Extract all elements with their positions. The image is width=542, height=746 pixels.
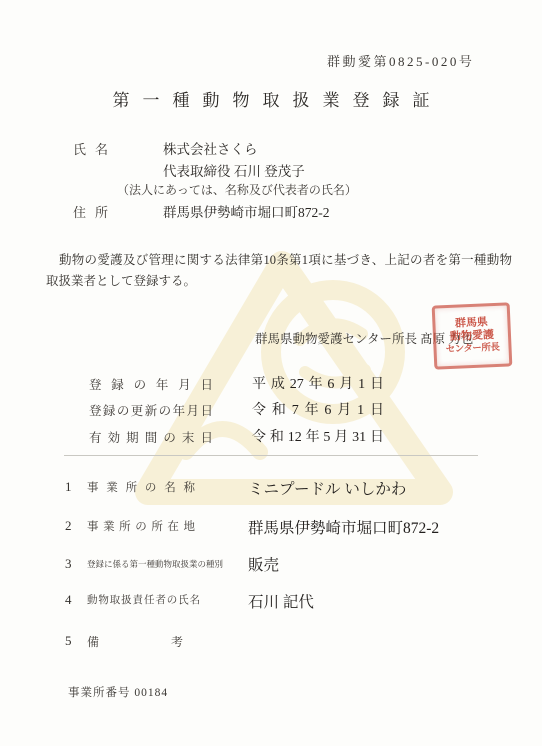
item-number: 5 <box>65 633 72 649</box>
name-field-note: （法人にあっては、名称及び代表者の氏名） <box>117 181 357 198</box>
item-number: 1 <box>65 479 72 495</box>
registration-statement: 動物の愛護及び管理に関する法律第10条第1項に基づき、上記の者を第一種動物取扱業… <box>46 250 512 292</box>
seal-text-line: センター所長 <box>445 341 499 356</box>
business-name-label: 事業所の名称 <box>87 479 195 495</box>
section-divider <box>64 455 478 456</box>
certificate-content: 群動愛第0825-020号 第一種動物取扱業登録証 氏名 株式会社さくら 代表取… <box>0 0 542 746</box>
office-number-footer: 事業所番号 00184 <box>68 684 168 700</box>
item-number: 4 <box>65 592 72 608</box>
item-number: 3 <box>65 556 72 572</box>
name-company-value: 株式会社さくら <box>163 138 258 158</box>
business-type-value: 販売 <box>248 553 279 575</box>
business-address-label: 事業所の所在地 <box>87 518 195 534</box>
name-representative-value: 代表取締役 石川 登茂子 <box>163 160 305 180</box>
registration-date-value: 平成27年6月1日 <box>252 373 384 393</box>
expiry-date-value: 令和12年5月31日 <box>252 426 384 446</box>
renewal-date-label: 登録の更新の年月日 <box>89 401 213 419</box>
certificate-page: 群動愛第0825-020号 第一種動物取扱業登録証 氏名 株式会社さくら 代表取… <box>0 0 542 746</box>
handler-name-label: 動物取扱責任者の氏名 <box>87 592 200 607</box>
item-number: 2 <box>65 518 72 534</box>
address-value: 群馬県伊勢崎市堀口町872-2 <box>163 201 330 221</box>
address-field-label: 住所 <box>73 202 108 221</box>
certificate-title: 第一種動物取扱業登録証 <box>0 86 542 111</box>
expiry-date-label: 有効期間の末日 <box>89 428 213 446</box>
business-name-value: ミニプードル いしかわ <box>248 477 406 499</box>
document-number: 群動愛第0825-020号 <box>327 51 474 70</box>
remarks-label: 備考 <box>87 633 183 650</box>
business-type-label: 登録に係る第一種動物取扱業の種別 <box>87 558 219 570</box>
registration-date-label: 登録の年月日 <box>89 375 213 393</box>
official-red-seal: 群馬県 動物愛護 センター所長 <box>432 302 513 369</box>
renewal-date-value: 令和7年6月1日 <box>252 399 384 419</box>
business-address-value: 群馬県伊勢崎市堀口町872-2 <box>248 516 439 538</box>
name-field-label: 氏名 <box>73 139 108 158</box>
handler-name-value: 石川 記代 <box>248 590 314 612</box>
